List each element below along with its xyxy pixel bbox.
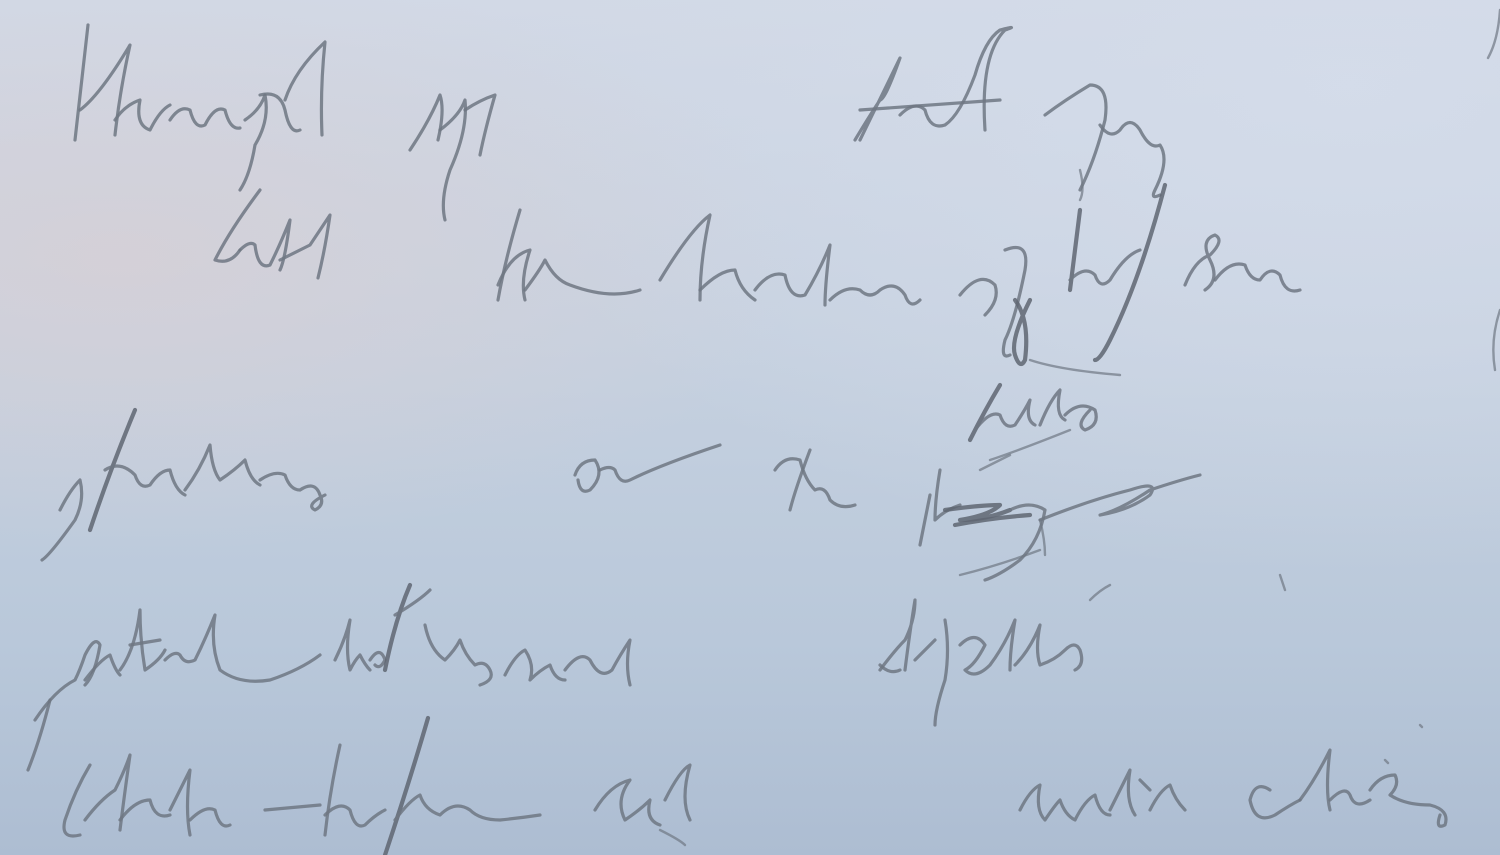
handwritten-page: through eyes that may know the darkness …	[0, 0, 1500, 855]
insertion-hills-strokes	[970, 385, 1096, 470]
line-2-strokes	[215, 170, 1500, 375]
line-5-strokes	[28, 700, 1446, 855]
line-4-strokes	[35, 575, 1285, 725]
line-1-strokes	[75, 10, 1500, 220]
line-3-strokes	[42, 410, 1200, 580]
pencil-strokes	[0, 0, 1500, 855]
